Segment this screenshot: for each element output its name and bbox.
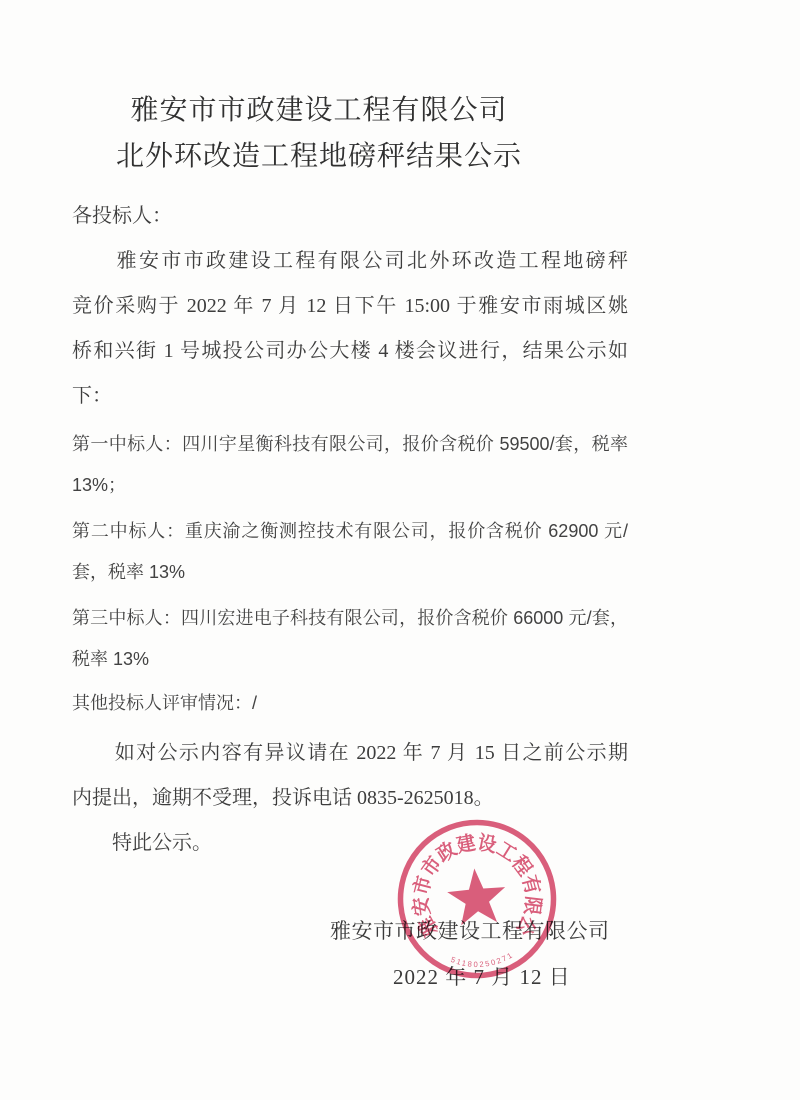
objection-line-2: 内提出，逾期不受理，投诉电话 0835-2625018。	[72, 776, 628, 821]
closing-statement: 特此公示。	[72, 821, 628, 866]
first-winner-line-2: 13%；	[72, 465, 628, 506]
document-title-line-2: 北外环改造工程地磅秤结果公示	[72, 134, 628, 180]
salutation: 各投标人：	[72, 194, 628, 239]
document-title-line-1: 雅安市市政建设工程有限公司	[72, 88, 628, 134]
intro-paragraph: 雅安市市政建设工程有限公司北外环改造工程地磅秤 竞价采购于 2022 年 7 月…	[72, 239, 628, 419]
intro-line-4: 下：	[72, 374, 628, 419]
document-content: 雅安市市政建设工程有限公司 北外环改造工程地磅秤结果公示 各投标人： 雅安市市政…	[0, 0, 800, 992]
third-winner-line-2: 税率 13%	[72, 639, 628, 680]
intro-line-2: 竞价采购于 2022 年 7 月 12 日下午 15:00 于雅安市雨城区姚	[72, 284, 628, 329]
signature-date: 2022 年 7 月 12 日	[393, 962, 628, 992]
second-winner-line-1: 第二中标人：重庆渝之衡测控技术有限公司，报价含税价 62900 元/	[72, 511, 628, 552]
scanned-document-page: 雅安市市政建设工程有限公司 北外环改造工程地磅秤结果公示 各投标人： 雅安市市政…	[0, 0, 800, 1100]
second-winner-paragraph: 第二中标人：重庆渝之衡测控技术有限公司，报价含税价 62900 元/ 套，税率 …	[72, 511, 628, 593]
second-winner-line-2: 套，税率 13%	[72, 552, 628, 593]
other-bidders-paragraph: 其他投标人评审情况：/	[72, 683, 628, 724]
first-winner-paragraph: 第一中标人：四川宇星衡科技有限公司，报价含税价 59500/套，税率 13%；	[72, 424, 628, 506]
first-winner-line-1: 第一中标人：四川宇星衡科技有限公司，报价含税价 59500/套，税率	[72, 424, 628, 465]
objection-paragraph: 如对公示内容有异议请在 2022 年 7 月 15 日之前公示期 内提出，逾期不…	[72, 731, 628, 821]
title-block: 雅安市市政建设工程有限公司 北外环改造工程地磅秤结果公示	[72, 0, 628, 180]
signature-company: 雅安市市政建设工程有限公司	[330, 916, 628, 946]
third-winner-paragraph: 第三中标人：四川宏进电子科技有限公司，报价含税价 66000 元/套， 税率 1…	[72, 598, 628, 680]
other-bidders-text: 其他投标人评审情况：/	[72, 683, 628, 724]
intro-line-3: 桥和兴街 1 号城投公司办公大楼 4 楼会议进行，结果公示如	[72, 329, 628, 374]
salutation-text: 各投标人：	[72, 194, 628, 239]
third-winner-line-1: 第三中标人：四川宏进电子科技有限公司，报价含税价 66000 元/套，	[72, 598, 628, 639]
objection-line-1: 如对公示内容有异议请在 2022 年 7 月 15 日之前公示期	[72, 731, 628, 776]
closing-paragraph: 特此公示。	[72, 821, 628, 866]
intro-line-1: 雅安市市政建设工程有限公司北外环改造工程地磅秤	[72, 239, 628, 284]
